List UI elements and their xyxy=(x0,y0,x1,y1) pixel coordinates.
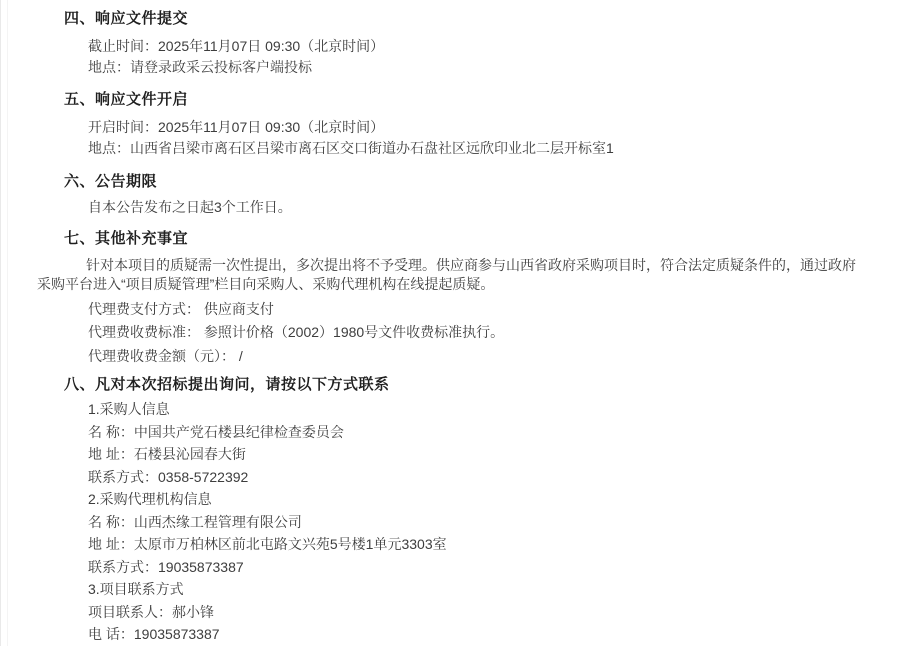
objection-policy-paragraph: 针对本项目的质疑需一次性提出，多次提出将不予受理。供应商参与山西省政府采购项目时… xyxy=(1,256,898,294)
section-title-response-submission: 四、响应文件提交 xyxy=(1,8,898,29)
agency-contact-line: 联系方式：19035873387 xyxy=(1,557,898,578)
submission-location-line: 地点：请登录政采云投标客户端投标 xyxy=(1,57,898,78)
section-title-response-opening: 五、响应文件开启 xyxy=(1,89,898,110)
section-title-contact-methods: 八、凡对本次招标提出询问，请按以下方式联系 xyxy=(1,374,898,395)
project-contact-person-line: 项目联系人：郝小锋 xyxy=(1,602,898,623)
announcement-period-line: 自本公告发布之日起3个工作日。 xyxy=(1,197,898,218)
section-title-supplementary-matters: 七、其他补充事宜 xyxy=(1,228,898,249)
purchaser-address-line: 地 址：石楼县沁园春大街 xyxy=(1,444,898,465)
agency-fee-amount-line: 代理费收费金额（元）： / xyxy=(1,346,898,367)
agency-info-heading: 2.采购代理机构信息 xyxy=(1,489,898,510)
agency-fee-standard-line: 代理费收费标准： 参照计价格（2002）1980号文件收费标准执行。 xyxy=(1,322,898,343)
agency-fee-payment-line: 代理费支付方式： 供应商支付 xyxy=(1,299,898,320)
purchaser-contact-line: 联系方式：0358-5722392 xyxy=(1,467,898,488)
submission-deadline-line: 截止时间：2025年11月07日 09:30（北京时间） xyxy=(1,36,898,57)
agency-address-line: 地 址：太原市万柏林区前北屯路文兴苑5号楼1单元3303室 xyxy=(1,534,898,555)
announcement-document: 四、响应文件提交 截止时间：2025年11月07日 09:30（北京时间） 地点… xyxy=(0,0,898,646)
purchaser-info-heading: 1.采购人信息 xyxy=(1,399,898,420)
purchaser-name-line: 名 称：中国共产党石楼县纪律检查委员会 xyxy=(1,422,898,443)
project-phone-line: 电 话：19035873387 xyxy=(1,624,898,645)
opening-location-line: 地点：山西省吕梁市离石区吕梁市离石区交口街道办石盘社区远欣印业北二层开标室1 xyxy=(1,138,898,159)
agency-name-line: 名 称：山西杰缘工程管理有限公司 xyxy=(1,512,898,533)
project-contact-heading: 3.项目联系方式 xyxy=(1,579,898,600)
opening-time-line: 开启时间：2025年11月07日 09:30（北京时间） xyxy=(1,117,898,138)
section-title-announcement-period: 六、公告期限 xyxy=(1,171,898,192)
